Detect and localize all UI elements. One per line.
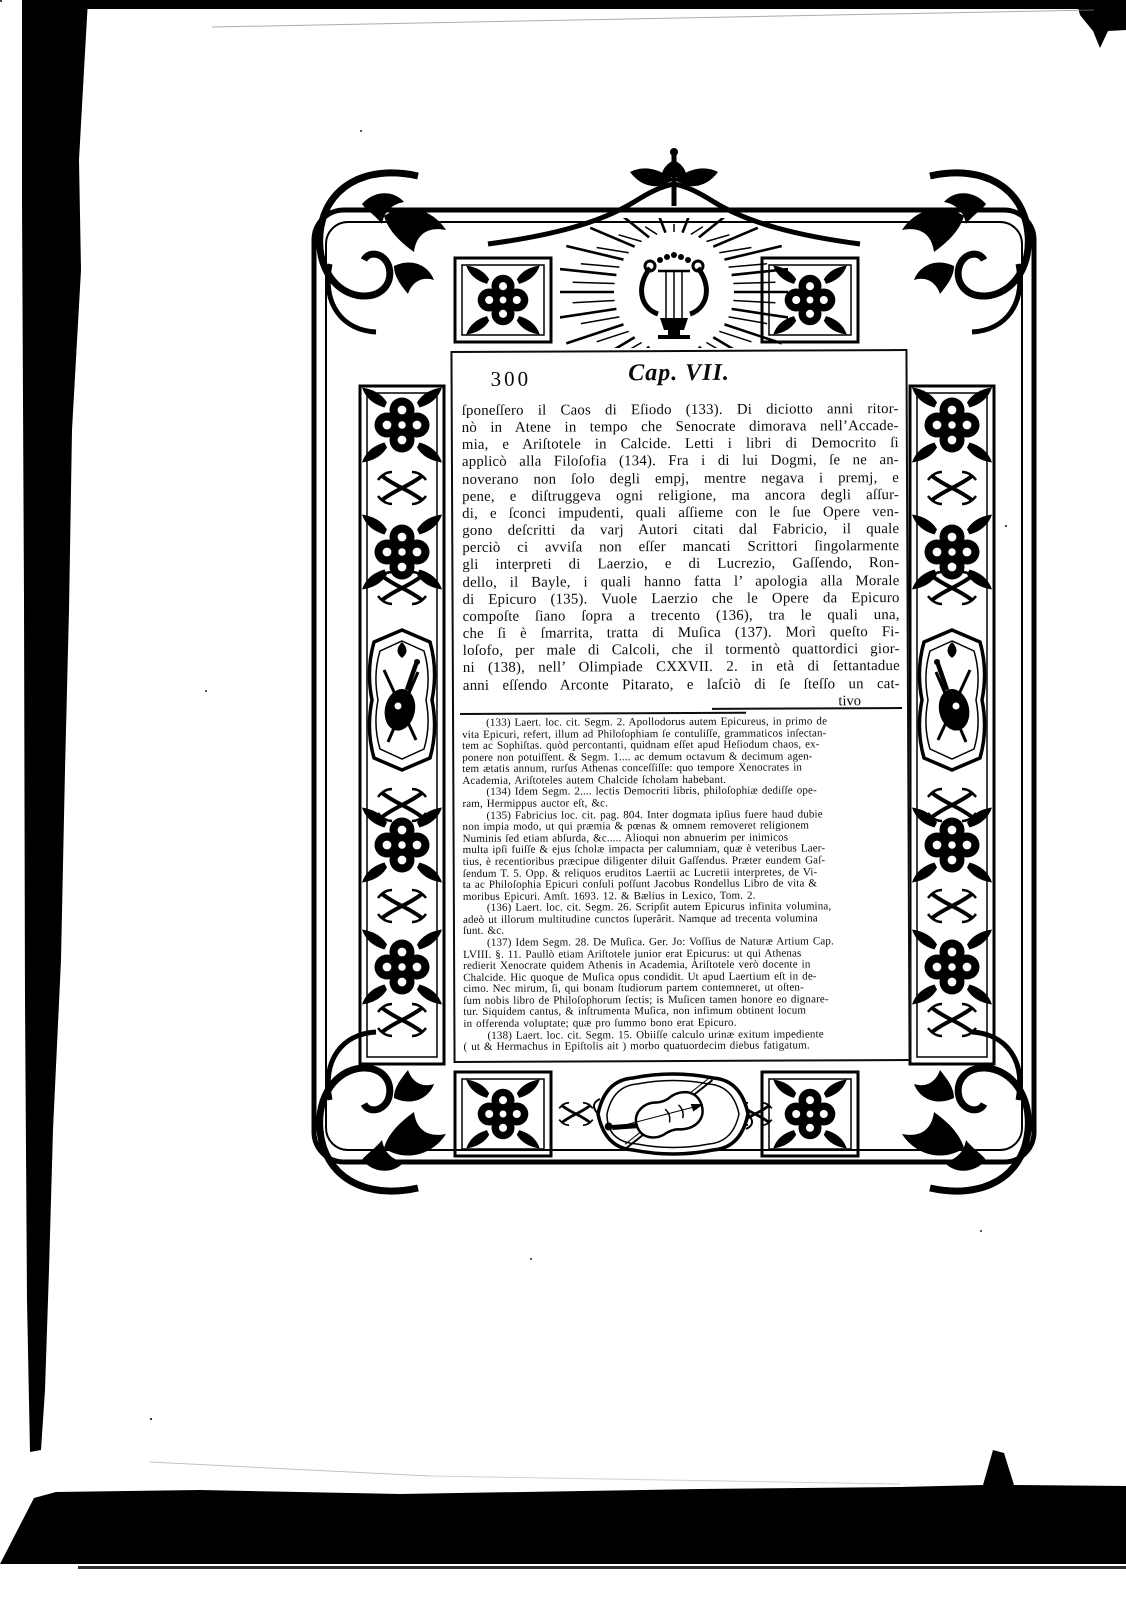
- corner-scroll-icon: [320, 1032, 446, 1191]
- bottom-right-panel: [762, 1072, 858, 1156]
- quatrefoil-flower-icon: [773, 1080, 847, 1149]
- quatrefoil-flower-icon: [912, 930, 992, 1005]
- quatrefoil-flower-icon: [362, 930, 442, 1005]
- scan-edge-bottom-line: [78, 1566, 1126, 1569]
- main-text: ſponeſſero il Caos di Eſiodo (133). Di d…: [462, 401, 900, 695]
- scan-edge-bottom: [0, 1440, 1126, 1568]
- x-ribbon-icon: [928, 789, 976, 821]
- scanned-book-page: 300 Cap. VII. ſponeſſero il Caos di Eſio…: [0, 0, 1126, 1600]
- top-left-panel: [455, 258, 551, 342]
- chapter-heading: Cap. VII.: [452, 359, 905, 388]
- quatrefoil-flower-icon: [362, 388, 442, 463]
- footnote-separator-rule: [460, 712, 746, 715]
- x-ribbon-icon: [928, 472, 976, 504]
- lute-cartouche-icon: [919, 630, 984, 770]
- right-column-panel: [910, 386, 994, 1064]
- quatrefoil-flower-icon: [362, 515, 442, 590]
- quatrefoil-flower-icon: [773, 266, 847, 335]
- corner-scroll-icon: [902, 1032, 1028, 1191]
- footnotes-section: (133) Laert. loc. cit. Segm. 2. Apollodo…: [462, 716, 902, 1054]
- x-ribbon-icon: [559, 1103, 593, 1125]
- scan-edge-left: [0, 0, 120, 1462]
- x-ribbon-icon: [378, 890, 426, 922]
- x-ribbon-icon: [378, 1004, 426, 1036]
- lute-cartouche-icon: [369, 630, 434, 770]
- footnote-138: (138) Laert. loc. cit. Segm. 15. Obiiſſe…: [463, 1029, 902, 1054]
- quatrefoil-flower-icon: [912, 388, 992, 463]
- bottom-left-panel: [455, 1072, 551, 1156]
- quatrefoil-flower-icon: [466, 1080, 540, 1149]
- corner-scroll-icon: [902, 173, 1028, 332]
- footnote-137: (137) Idem Segm. 28. De Muſica. Ger. Jo:…: [463, 936, 902, 1031]
- footnote-136: (136) Laert. loc. cit. Segm. 26. Scripſi…: [463, 901, 902, 938]
- quatrefoil-flower-icon: [912, 808, 992, 883]
- footnote-135: (135) Fabricius loc. cit. pag. 804. Inte…: [462, 809, 901, 904]
- quatrefoil-flower-icon: [466, 266, 540, 335]
- quatrefoil-flower-icon: [362, 808, 442, 883]
- scan-edge-top: [84, 0, 1126, 9]
- x-ribbon-icon: [378, 472, 426, 504]
- scan-speckles: [0, 0, 2, 2]
- quatrefoil-flower-icon: [912, 515, 992, 590]
- left-column-panel: [360, 386, 444, 1064]
- top-right-panel: [762, 258, 858, 342]
- footnote-separator-rule-2: [712, 707, 902, 710]
- x-ribbon-icon: [928, 1004, 976, 1036]
- footnote-133: (133) Laert. loc. cit. Segm. 2. Apollodo…: [462, 716, 901, 787]
- text-block: 300 Cap. VII. ſponeſſero il Caos di Eſio…: [450, 349, 910, 1063]
- footnote-134: (134) Idem Segm. 2.... lectis Democriti …: [462, 786, 901, 811]
- x-ribbon-icon: [928, 890, 976, 922]
- violin-cartouche: [594, 1074, 752, 1154]
- x-ribbon-icon: [378, 789, 426, 821]
- corner-scroll-icon: [320, 173, 446, 332]
